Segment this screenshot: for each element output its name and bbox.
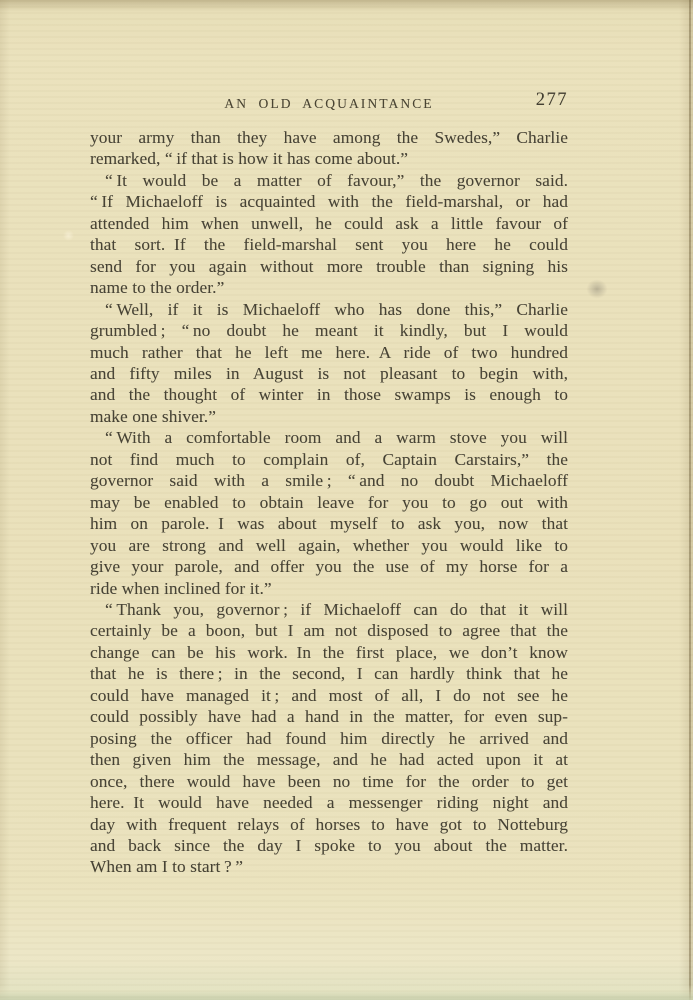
text-line: then given him the message, and he had a… — [90, 749, 568, 770]
text-line: that sort. If the field-marshal sent you… — [90, 234, 568, 255]
text-line: give your parole, and offer you the use … — [90, 556, 568, 577]
page-edge-right-line — [689, 0, 691, 1000]
text-line: may be enabled to obtain leave for you t… — [90, 492, 568, 513]
text-line: and back since the day I spoke to you ab… — [90, 835, 568, 856]
text-line: you are strong and well again, whether y… — [90, 535, 568, 556]
text-line: here. It would have needed a messenger r… — [90, 792, 568, 813]
text-line: make one shiver.” — [90, 406, 568, 427]
text-line: your army than they have among the Swede… — [90, 127, 568, 148]
paper-fleck — [63, 230, 74, 241]
text-line: attended him when unwell, he could ask a… — [90, 213, 568, 234]
text-line: much rather that he left me here. A ride… — [90, 342, 568, 363]
text-line: When am I to start ? ” — [90, 856, 568, 877]
text-line: certainly be a boon, but I am not dispos… — [90, 620, 568, 641]
page-number: 277 — [536, 90, 568, 111]
text-line: ride when inclined for it.” — [90, 578, 568, 599]
body-text: your army than they have among the Swede… — [90, 127, 568, 878]
running-head-title: AN OLD ACQUAINTANCE — [90, 96, 568, 112]
text-line: not find much to complain of, Captain Ca… — [90, 449, 568, 470]
text-line: “ It would be a matter of favour,” the g… — [90, 170, 568, 191]
book-page-scan: AN OLD ACQUAINTANCE 277 your army than t… — [0, 0, 693, 1000]
text-line: remarked, “ if that is how it has come a… — [90, 148, 568, 169]
ink-smudge — [586, 279, 608, 299]
text-line: “ Thank you, governor ; if Michaeloff ca… — [90, 599, 568, 620]
text-line: governor said with a smile ; “ and no do… — [90, 470, 568, 491]
text-line: posing the officer had found him directl… — [90, 728, 568, 749]
text-line: send for you again without more trouble … — [90, 256, 568, 277]
text-line: and fifty miles in August is not pleasan… — [90, 363, 568, 384]
text-line: grumbled ; “ no doubt he meant it kindly… — [90, 320, 568, 341]
text-line: and the thought of winter in those swamp… — [90, 384, 568, 405]
page-edge-left — [0, 0, 10, 1000]
page-edge-bottom — [0, 984, 693, 1000]
text-line: once, there would have been no time for … — [90, 771, 568, 792]
text-line: “ If Michaeloff is acquainted with the f… — [90, 191, 568, 212]
text-line: change can be his work. In the first pla… — [90, 642, 568, 663]
text-line: “ With a comfortable room and a warm sto… — [90, 427, 568, 448]
running-head: AN OLD ACQUAINTANCE 277 — [90, 90, 568, 116]
text-line: name to the order.” — [90, 277, 568, 298]
text-line: could possibly have had a hand in the ma… — [90, 706, 568, 727]
text-line: “ Well, if it is Michaeloff who has done… — [90, 299, 568, 320]
text-line: him on parole. I was about myself to ask… — [90, 513, 568, 534]
text-line: day with frequent relays of horses to ha… — [90, 814, 568, 835]
text-line: could have managed it ; and most of all,… — [90, 685, 568, 706]
page-edge-top — [0, 0, 693, 12]
text-line: that he is there ; in the second, I can … — [90, 663, 568, 684]
